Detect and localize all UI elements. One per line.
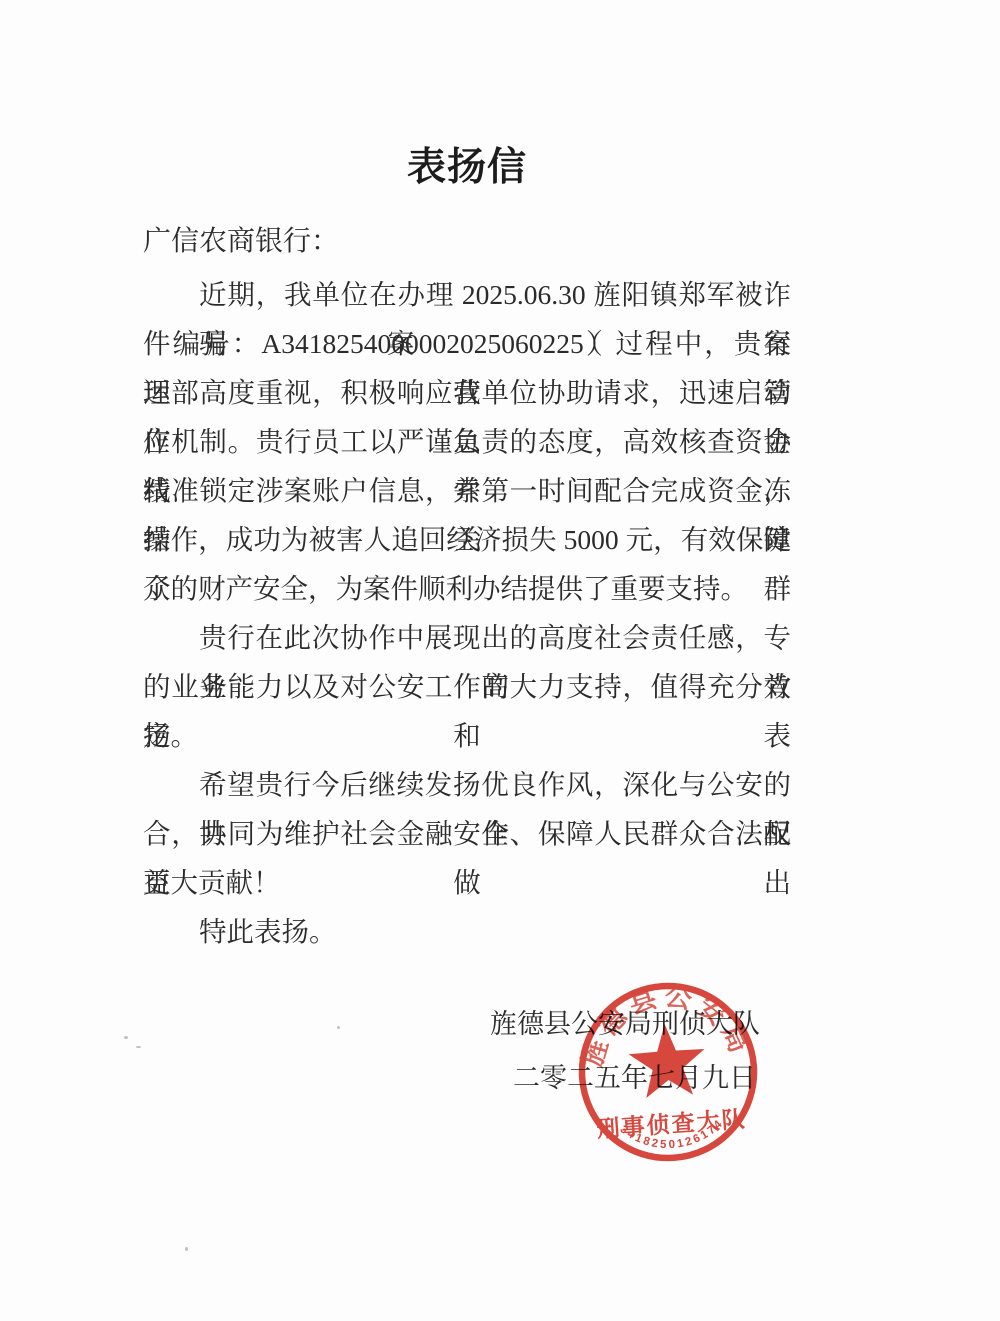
scan-speck: [185, 1247, 188, 1251]
body-line: 希望贵行今后继续发扬优良作风，深化与公安的协作配: [143, 760, 791, 809]
body-line: 众的财产安全，为案件顺利办结提供了重要支持。: [143, 564, 791, 613]
signature-date: 二零二五年七月九日: [513, 1058, 756, 1098]
body-line: 的业务能力以及对公安工作的大力支持，值得充分肯定和表: [143, 662, 791, 711]
document-title: 表扬信: [143, 136, 791, 192]
scan-speck: [337, 1026, 340, 1029]
scan-speck: [124, 1036, 128, 1039]
body-line: 贵行在此次协作中展现出的高度社会责任感，专业高效: [143, 613, 791, 662]
body-line: 理部高度重视，积极响应我单位协助请求，迅速启动应急协: [143, 368, 791, 417]
letter-body: 近期，我单位在办理 2025.06.30 旌阳镇郑军被诈骗案（案 件编号：A34…: [143, 270, 791, 956]
body-line: 操作，成功为被害人追回经济损失 5000 元，有效保障了群: [143, 515, 791, 564]
body-line: 特此表扬。: [143, 907, 791, 956]
body-line: 作机制。贵行员工以严谨负责的态度，高效核查资金线索，: [143, 417, 791, 466]
body-line: 件编号：A3418254000002025060225）过程中，贵行运营管: [143, 319, 791, 368]
body-line: 近期，我单位在办理 2025.06.30 旌阳镇郑军被诈骗案（案: [143, 270, 791, 319]
salutation: 广信农商银行：: [143, 222, 339, 262]
scan-speck: [136, 1046, 141, 1048]
scanned-commendation-letter: { "document": { "title": "表扬信", "salutat…: [0, 0, 1000, 1321]
signature-organization: 旌德县公安局刑侦大队: [490, 1004, 760, 1044]
body-line: 精准锁定涉案账户信息，并第一时间配合完成资金冻结关键: [143, 466, 791, 515]
body-line: 合，共同为维护社会金融安全、保障人民群众合法权益做出: [143, 809, 791, 858]
